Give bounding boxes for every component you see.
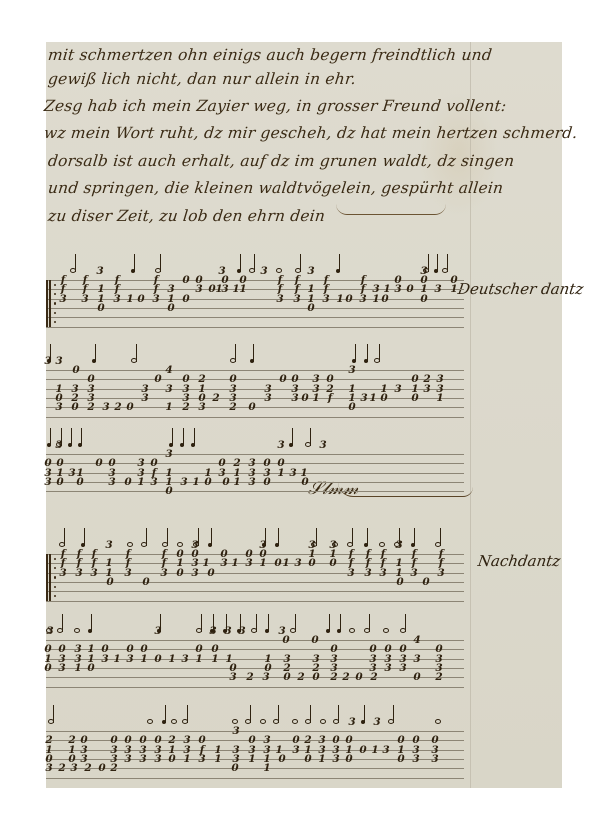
fret-number: 0 (97, 763, 107, 773)
fret-number: 0 (166, 303, 176, 313)
fret-number: 3 (153, 754, 163, 764)
rhythm-sign-half (387, 705, 397, 727)
rhythm-sign-half (304, 705, 314, 727)
staff-line (46, 370, 464, 371)
tablature-system-1: ff3ff33110ff310ff33100003010310133ff3ff3… (46, 248, 468, 350)
repeat-dot (54, 595, 56, 597)
note-head (349, 628, 355, 633)
fret-number: 3 (104, 540, 114, 550)
start-barline (46, 280, 48, 327)
rhythm-sign-half (441, 254, 451, 276)
rhythm-sign-half (130, 344, 140, 366)
fret-number: 0 (105, 577, 115, 587)
fret-number: 3 (100, 654, 110, 664)
fret-number: 1 (210, 654, 220, 664)
fret-number: 3 (223, 626, 233, 636)
fret-number: 3 (217, 266, 227, 276)
fret-number: 3 (306, 266, 316, 276)
fret-number: 1 (112, 654, 122, 664)
repeat-dot (54, 321, 56, 323)
fret-number: 1 (449, 284, 459, 294)
staff-line (46, 417, 464, 418)
staff-line (46, 491, 464, 492)
note-head (59, 542, 65, 547)
fret-number: 3 (123, 754, 133, 764)
fret-number: 3 (394, 540, 404, 550)
rhythm-sign-quarter (408, 528, 418, 550)
fret-number: 3 (372, 717, 382, 727)
fret-number: 0 (395, 577, 405, 587)
rhythm-sign-whole (170, 705, 180, 727)
repeat-dot (54, 312, 56, 314)
note-head (92, 359, 96, 363)
fret-number: 1 (213, 754, 223, 764)
fret-number: 3 (398, 663, 408, 673)
fret-number: 1 (136, 477, 146, 487)
fret-number: 3 (259, 266, 269, 276)
rhythm-sign-whole (275, 254, 285, 276)
text-line-1: mit schmertzen ohn einigs auch begern fr… (47, 46, 493, 64)
staff-line (46, 731, 464, 732)
rhythm-sign-quarter (262, 614, 272, 636)
rhythm-sign-quarter (188, 428, 198, 450)
fret-number: 2 (113, 402, 123, 412)
fret-number: 1 (247, 754, 257, 764)
start-barline (46, 554, 48, 601)
rhythm-sign-half (47, 705, 57, 727)
rhythm-sign-quarter (65, 428, 75, 450)
fret-number: 3 (43, 477, 53, 487)
title-nachdantz: Nachdantz (477, 552, 562, 570)
fret-number: 0 (75, 477, 85, 487)
rhythm-sign-half (346, 528, 356, 550)
fret-number: 3 (159, 568, 169, 578)
rhythm-sign-whole (259, 705, 269, 727)
fret-number: 0 (306, 303, 316, 313)
fret-number: 3 (109, 754, 119, 764)
fret-number: 1 (182, 754, 192, 764)
repeat-dot (54, 302, 56, 304)
rhythm-sign-half (434, 528, 444, 550)
staff-line (46, 601, 464, 602)
rhythm-sign-quarter (358, 705, 368, 727)
fret-number: 0 (136, 294, 146, 304)
fret-number: 3 (275, 294, 285, 304)
note-head (131, 358, 137, 363)
rhythm-sign-half (304, 428, 314, 450)
rhythm-sign-quarter (272, 528, 282, 550)
rhythm-sign-quarter (349, 344, 359, 366)
fret-number: 3 (44, 763, 54, 773)
note-head (81, 543, 85, 547)
fret-number: 1 (311, 393, 321, 403)
fret-number: 1 (139, 654, 149, 664)
fret-number: 0 (278, 374, 288, 384)
staff-line (46, 317, 464, 318)
fret-number: 3 (381, 745, 391, 755)
fret-number: 3 (321, 294, 331, 304)
fret-number: 3 (194, 284, 204, 294)
fret-number: 2 (228, 402, 238, 412)
fret-number: 3 (57, 663, 67, 673)
rhythm-sign-quarter (177, 428, 187, 450)
rhythm-sign-quarter (431, 254, 441, 276)
note-head (320, 719, 326, 724)
fret-number: 3 (69, 763, 79, 773)
note-head (434, 269, 438, 273)
fret-number: 1 (262, 763, 272, 773)
fret-number: 0 (311, 672, 321, 682)
fret-number: 0 (277, 754, 287, 764)
rhythm-sign-whole (146, 705, 156, 727)
fret-number: 3 (123, 568, 133, 578)
note-head (245, 719, 251, 724)
staff-line (46, 308, 464, 309)
fret-number: 0 (303, 754, 313, 764)
fret-number: 1 (164, 402, 174, 412)
fret-number: 0 (405, 284, 415, 294)
rhythm-sign-whole (378, 528, 388, 550)
staff-line (46, 677, 464, 678)
fret-number: 1 (238, 284, 248, 294)
note-head (265, 629, 269, 633)
fret-number: 3 (164, 384, 174, 394)
fret-number: f (325, 393, 335, 403)
text-line-3: Zesg hab ich mein Zayier weg, in grosser… (43, 97, 507, 115)
fret-number: 0 (310, 635, 320, 645)
fret-number: 0 (421, 577, 431, 587)
fret-number: 3 (393, 284, 403, 294)
fret-number: 0 (300, 393, 310, 403)
fret-number: 3 (89, 568, 99, 578)
rhythm-sign-half (248, 254, 258, 276)
fret-number: 0 (221, 477, 231, 487)
staff-line (46, 778, 464, 779)
note-head (336, 269, 340, 273)
note-head (141, 542, 147, 547)
note-head (127, 542, 133, 547)
staff-line (46, 398, 464, 399)
text-end-flourish (336, 204, 446, 215)
note-head (400, 628, 406, 633)
fret-number: 2 (341, 672, 351, 682)
note-head (208, 543, 212, 547)
fret-number: 0 (153, 654, 163, 664)
fret-number: 3 (180, 654, 190, 664)
fret-number: 1 (230, 558, 240, 568)
note-head (147, 719, 153, 724)
note-head (305, 442, 311, 447)
fret-number: 3 (58, 294, 68, 304)
repeat-dot (54, 576, 56, 578)
note-head (364, 359, 368, 363)
fret-number: 1 (194, 654, 204, 664)
fret-number: 3 (263, 393, 273, 403)
note-head (435, 542, 441, 547)
note-head (364, 628, 370, 633)
rhythm-sign-half (161, 528, 171, 550)
note-head (290, 628, 296, 633)
fret-number: 3 (190, 568, 200, 578)
text-line-7: zu diser Zeit, zu lob den ehrn dein (47, 207, 326, 225)
staff-line (46, 454, 464, 455)
fret-number: 3 (422, 384, 432, 394)
note-head (70, 268, 76, 273)
fret-number: 3 (247, 477, 257, 487)
fret-number: 3 (138, 754, 148, 764)
fret-number: 4 (412, 635, 422, 645)
fret-number: 3 (54, 440, 64, 450)
fret-number: 3 (288, 468, 298, 478)
repeat-dot (54, 567, 56, 569)
rhythm-sign-quarter (247, 344, 257, 366)
rhythm-sign-quarter (334, 614, 344, 636)
fret-number: 2 (211, 393, 221, 403)
fret-number: 3 (393, 384, 403, 394)
rhythm-sign-quarter (44, 428, 54, 450)
note-head (292, 719, 298, 724)
fret-number: 2 (181, 402, 191, 412)
rhythm-sign-whole (382, 614, 392, 636)
rhythm-sign-half (399, 614, 409, 636)
fret-number: 3 (112, 294, 122, 304)
text-line-4: wz mein Wort ruht, dz mir gescheh, dz ha… (43, 124, 578, 142)
fret-number: 0 (328, 558, 338, 568)
fret-number: 3 (231, 754, 241, 764)
note-head (411, 543, 415, 547)
fret-number: 1 (382, 284, 392, 294)
rhythm-sign-half (181, 705, 191, 727)
note-head (295, 268, 301, 273)
fret-number: 3 (409, 568, 419, 578)
fret-number: 3 (74, 568, 84, 578)
note-head (276, 268, 282, 273)
note-head (250, 359, 254, 363)
fret-number: 0 (123, 477, 133, 487)
fret-number: 1 (125, 294, 135, 304)
note-head (333, 719, 339, 724)
fret-number: 1 (281, 558, 291, 568)
fret-number: 0 (125, 402, 135, 412)
fret-number: 0 (175, 568, 185, 578)
rhythm-sign-quarter (323, 614, 333, 636)
note-head (68, 443, 72, 447)
rhythm-sign-half (373, 344, 383, 366)
fret-number: 3 (346, 568, 356, 578)
note-head (47, 443, 51, 447)
note-head (155, 268, 161, 273)
note-head (374, 358, 380, 363)
note-head (196, 628, 202, 633)
fret-number: 1 (232, 477, 242, 487)
fret-number: 1 (73, 663, 83, 673)
note-head (171, 719, 177, 724)
fret-number: 2 (434, 672, 444, 682)
fret-number: 0 (94, 458, 104, 468)
fret-number: 3 (436, 568, 446, 578)
fret-number: 2 (296, 672, 306, 682)
fret-number: 3 (219, 558, 229, 568)
rhythm-sign-half (140, 528, 150, 550)
fret-number: 0 (55, 477, 65, 487)
start-barline (49, 554, 51, 601)
rhythm-sign-whole (126, 528, 136, 550)
note-head (361, 720, 365, 724)
fret-number: 0 (96, 303, 106, 313)
rhythm-sign-quarter (361, 344, 371, 366)
fret-number: 3 (292, 294, 302, 304)
rhythm-sign-half (69, 254, 79, 276)
tablature-system-5: 3333330100333311100310301013010110321030… (46, 608, 468, 710)
staff-line (46, 379, 464, 380)
fret-number: 3 (151, 294, 161, 304)
rhythm-sign-quarter (78, 528, 88, 550)
note-head (442, 268, 448, 273)
fret-number: 3 (411, 754, 421, 764)
note-head (169, 443, 173, 447)
note-head (232, 719, 238, 724)
fret-number: 0 (181, 275, 191, 285)
fret-number: 0 (354, 672, 364, 682)
rhythm-sign-half (244, 705, 254, 727)
title-deutscher-dantz: Deutscher dantz (457, 280, 585, 298)
fret-number: 0 (71, 365, 81, 375)
fret-number: 2 (57, 763, 67, 773)
fret-number: 3 (54, 356, 64, 366)
fret-number: 1 (370, 745, 380, 755)
fret-number: 3 (140, 393, 150, 403)
note-head (182, 719, 188, 724)
note-head (48, 719, 54, 724)
fret-number: 1 (191, 477, 201, 487)
staff-line (46, 591, 464, 592)
fret-number: 0 (282, 672, 292, 682)
fret-number: 0 (358, 745, 368, 755)
rhythm-sign-quarter (205, 528, 215, 550)
note-head (88, 629, 92, 633)
fret-number: 3 (347, 717, 357, 727)
fret-number: 0 (410, 393, 420, 403)
fret-number: 3 (433, 284, 443, 294)
fret-number: 3 (430, 754, 440, 764)
note-head (162, 720, 166, 724)
repeat-dot (54, 284, 56, 286)
fret-number: 3 (331, 754, 341, 764)
fret-number: 2 (369, 672, 379, 682)
note-head (131, 269, 135, 273)
manuscript-page: mit schmertzen ohn einigs auch begern fr… (46, 42, 562, 788)
fret-number: 0 (344, 294, 354, 304)
note-head (305, 719, 311, 724)
repeat-dot (54, 558, 56, 560)
text-line-6: und springen, die kleinen waldtvögelein,… (47, 179, 504, 197)
rhythm-sign-quarter (286, 428, 296, 450)
note-head (74, 628, 80, 633)
rhythm-sign-quarter (333, 254, 343, 276)
staff-line (46, 640, 464, 641)
fret-number: 4 (164, 365, 174, 375)
staff-line (46, 687, 464, 688)
rhythm-sign-whole (434, 705, 444, 727)
fret-number: 0 (247, 402, 257, 412)
fret-number: 3 (54, 402, 64, 412)
note-head (383, 628, 389, 633)
fret-number: 3 (125, 654, 135, 664)
rhythm-sign-quarter (361, 528, 371, 550)
note-head (273, 719, 279, 724)
fret-number: 3 (45, 626, 55, 636)
fret-number: 1 (167, 654, 177, 664)
fret-number: 0 (419, 294, 429, 304)
note-head (379, 542, 385, 547)
staff-line (46, 554, 464, 555)
fret-number: 3 (179, 477, 189, 487)
note-head (237, 269, 241, 273)
fret-number: 0 (307, 558, 317, 568)
note-head (435, 719, 441, 724)
repeat-dot (54, 293, 56, 295)
rhythm-sign-half (332, 705, 342, 727)
fret-number: 0 (141, 577, 151, 587)
staff-line (46, 299, 464, 300)
rhythm-sign-half (294, 254, 304, 276)
rhythm-sign-half (250, 614, 260, 636)
rhythm-sign-whole (291, 705, 301, 727)
rhythm-sign-whole (176, 528, 186, 550)
fret-number: 2 (83, 763, 93, 773)
fret-number: 0 (396, 754, 406, 764)
fret-number: 3 (149, 477, 159, 487)
rhythm-sign-whole (319, 705, 329, 727)
fret-number: 3 (107, 477, 117, 487)
note-head (388, 719, 394, 724)
fret-number: 3 (58, 568, 68, 578)
rhythm-sign-quarter (85, 614, 95, 636)
tablature-system-6: 3332103221030332020330330330332103310f31… (46, 699, 468, 801)
rhythm-sign-half (289, 614, 299, 636)
note-head (162, 542, 168, 547)
note-head (180, 443, 184, 447)
rhythm-sign-half (272, 705, 282, 727)
fret-number: 0 (300, 477, 310, 487)
fret-number: 0 (164, 486, 174, 496)
fret-number: 3 (197, 754, 207, 764)
staff-line (46, 327, 464, 328)
rhythm-sign-whole (231, 705, 241, 727)
fret-number: 0 (43, 663, 53, 673)
fret-number: 0 (203, 477, 213, 487)
note-head (347, 542, 353, 547)
fret-number: 2 (86, 402, 96, 412)
fret-number: 3 (412, 654, 422, 664)
note-head (249, 268, 255, 273)
note-head (289, 443, 293, 447)
fret-number: 3 (276, 440, 286, 450)
rhythm-sign-quarter (128, 254, 138, 276)
rhythm-sign-quarter (166, 428, 176, 450)
fret-number: 3 (95, 266, 105, 276)
rhythm-sign-half (58, 528, 68, 550)
fret-number: 0 (153, 374, 163, 384)
fret-number: 3 (43, 356, 53, 366)
fret-number: 3 (363, 568, 373, 578)
tablature-system-3: 3033010310003303310f33110311003021133303… (46, 430, 468, 515)
fret-number: 3 (237, 626, 247, 636)
fret-number: 0 (412, 672, 422, 682)
start-barline (49, 280, 51, 327)
note-head (177, 542, 183, 547)
fret-number: 3 (318, 440, 328, 450)
